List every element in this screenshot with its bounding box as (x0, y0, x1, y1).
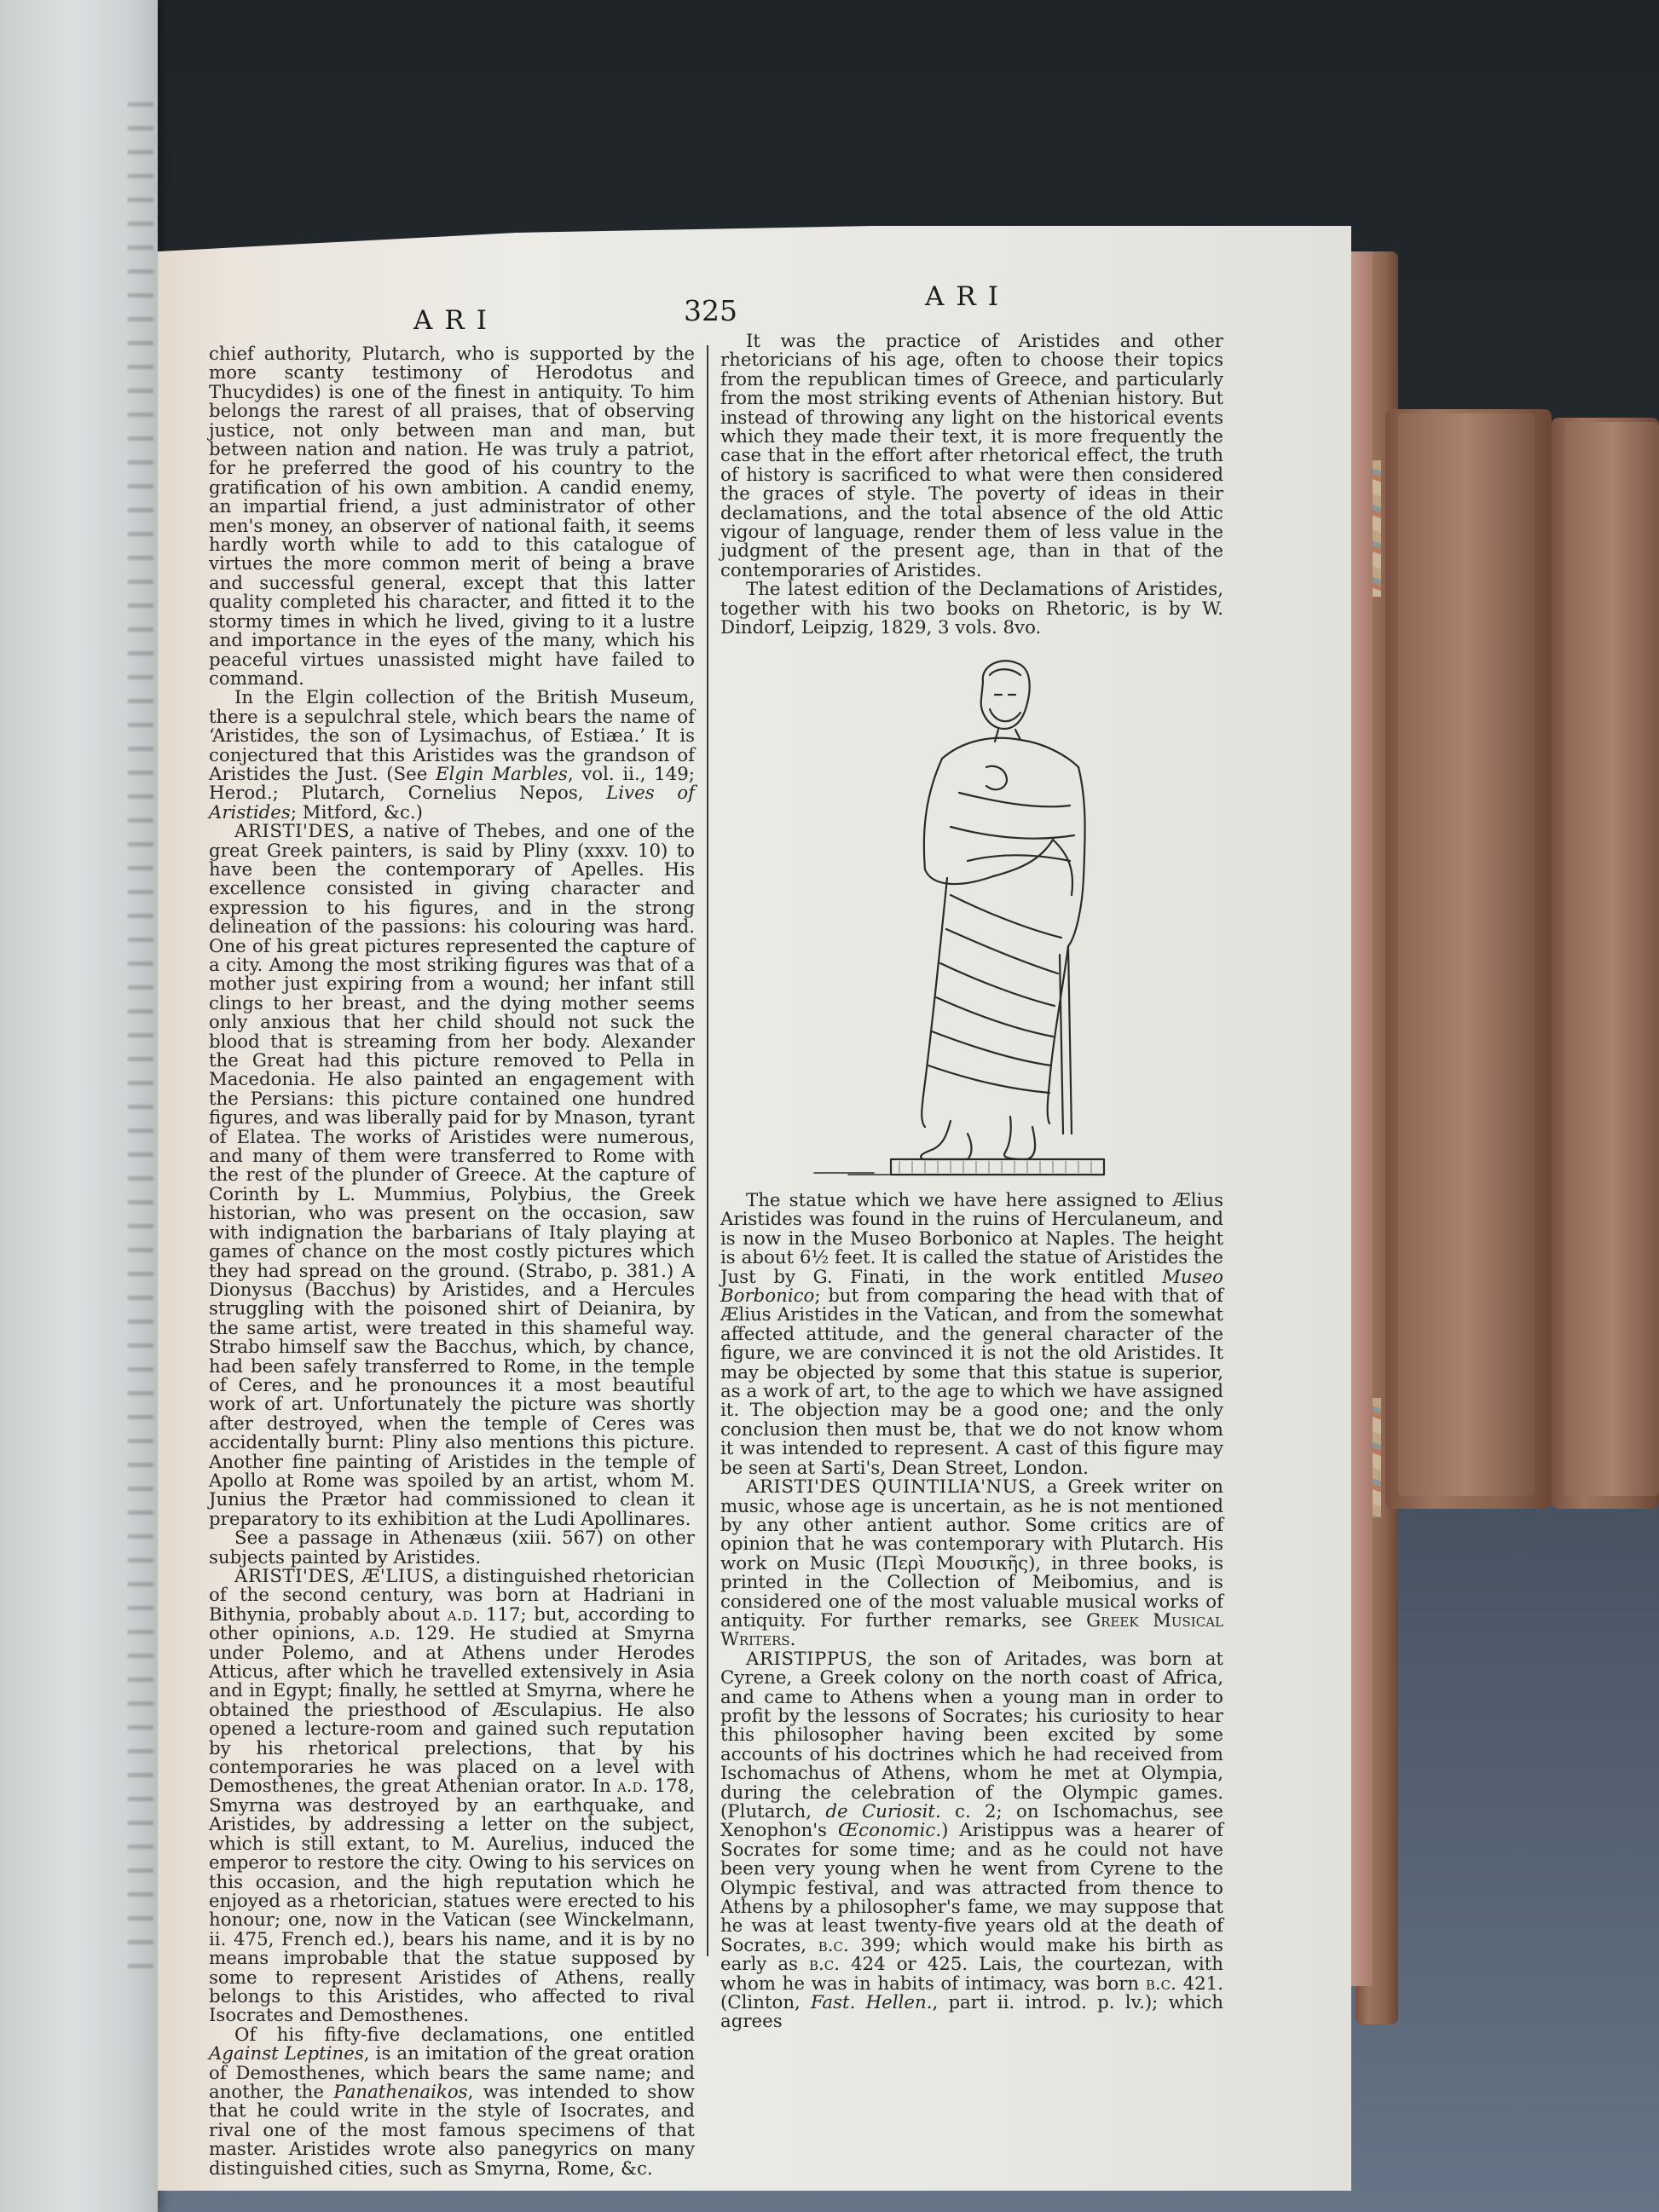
running-head-right: ARI (925, 281, 1010, 312)
background-book-3-pages (1564, 422, 1659, 1496)
paragraph: chief authority, Plutarch, who is suppor… (209, 345, 695, 689)
right-column-top: It was the practice of Aristides and oth… (720, 332, 1223, 638)
entry-aristippus: ARISTIPPUS, the son of Aritades, was bor… (720, 1650, 1223, 2032)
column-rule (707, 345, 708, 1956)
entry-aristides-painter: ARISTI'DES, a native of Thebes, and one … (209, 823, 695, 1529)
entry-headword: ARISTI'DES, (234, 821, 355, 842)
left-page-text-blur (128, 102, 153, 1978)
left-column: chief authority, Plutarch, who is suppor… (209, 345, 695, 2179)
page-number: 325 (684, 294, 737, 327)
entry-aristides-quintilianus: ARISTI'DES QUINTILIA'NUS, a Greek writer… (720, 1478, 1223, 1650)
facing-left-page (0, 0, 158, 2212)
entry-aristides-aelius: ARISTI'DES, Æ'LIUS, a distinguished rhet… (209, 1568, 695, 2026)
statue-engraving-figure (797, 656, 1223, 1176)
work-title: Against Leptines (209, 2043, 364, 2065)
paragraph: The latest edition of the Declamations o… (720, 580, 1223, 638)
paragraph: See a passage in Athenæus (xiii. 567) on… (209, 1529, 695, 1568)
statue-illustration-icon (797, 656, 1223, 1176)
work-title: Panathenaikos (333, 2082, 467, 2103)
paragraph: The statue which we have here assigned t… (720, 1192, 1223, 1478)
entry-headword: ARISTI'DES, Æ'LIUS, (234, 1566, 440, 1587)
paragraph: Of his fifty-five declamations, one enti… (209, 2026, 695, 2179)
right-column-bottom: The statue which we have here assigned t… (720, 1192, 1223, 2032)
background-book-2-pages (1398, 413, 1535, 1496)
work-title: Elgin Marbles (436, 764, 568, 785)
running-head-left: ARI (413, 305, 499, 336)
paragraph: In the Elgin collection of the British M… (209, 689, 695, 823)
entry-headword: ARISTIPPUS, (746, 1649, 873, 1670)
paragraph: It was the practice of Aristides and oth… (720, 332, 1223, 580)
entry-headword: ARISTI'DES QUINTILIA'NUS, (746, 1476, 1037, 1498)
